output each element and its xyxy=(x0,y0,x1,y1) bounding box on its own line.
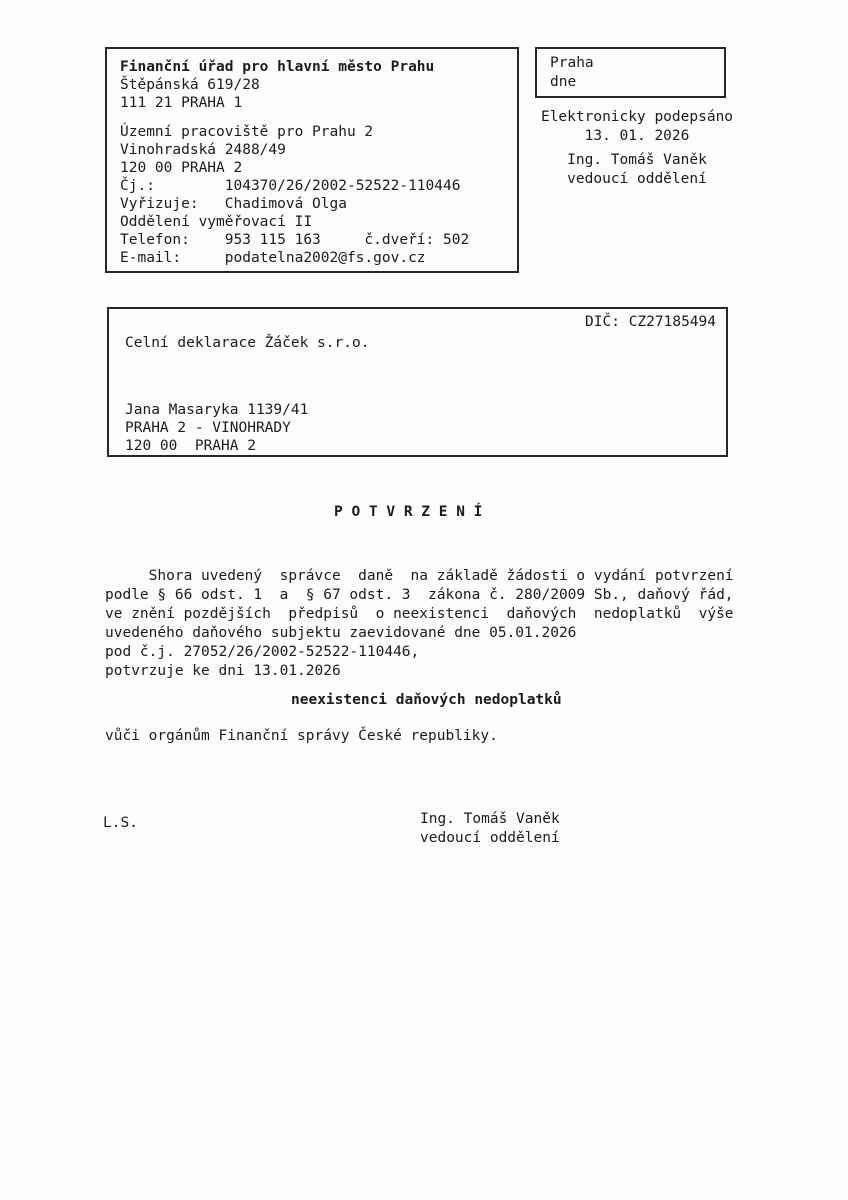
addressee-box: DIČ: CZ27185494 Celní deklarace Žáček s.… xyxy=(107,307,728,457)
footer-signer-name: Ing. Tomáš Vaněk xyxy=(420,810,560,829)
sender-org-name: Finanční úřad pro hlavní město Prahu xyxy=(120,58,517,76)
esign-signer-name: Ing. Tomáš Vaněk xyxy=(528,151,746,170)
electronic-signature-block: Elektronicky podepsáno 13. 01. 2026 Ing.… xyxy=(528,108,746,189)
sender-address-lines: Štěpánská 619/28 111 21 PRAHA 1 xyxy=(120,76,517,112)
footer-signer-role: vedoucí oddělení xyxy=(420,829,560,848)
footer-signature: Ing. Tomáš Vaněk vedoucí oddělení xyxy=(420,810,560,848)
addressee-company: Celní deklarace Žáček s.r.o. xyxy=(109,334,726,352)
esign-note: Elektronicky podepsáno xyxy=(528,108,746,127)
sender-box: Finanční úřad pro hlavní město Prahu Ště… xyxy=(105,47,519,273)
body-paragraph: Shora uvedený správce daně na základě žá… xyxy=(105,567,734,681)
sender-office-lines: Územní pracoviště pro Prahu 2 Vinohradsk… xyxy=(120,123,517,267)
place-date-box: Praha dne xyxy=(535,47,726,98)
document-title: P O T V R Z E N Í xyxy=(334,504,482,520)
esign-signer-role: vedoucí oddělení xyxy=(528,170,746,189)
esign-date: 13. 01. 2026 xyxy=(528,127,746,146)
addressee-address: Jana Masaryka 1139/41 PRAHA 2 - VINOHRAD… xyxy=(109,401,726,455)
document-page: Finanční úřad pro hlavní město Prahu Ště… xyxy=(0,0,848,1200)
place-date-lines: Praha dne xyxy=(550,54,724,92)
tax-id: DIČ: CZ27185494 xyxy=(109,309,726,331)
closing-line: vůči orgánům Finanční správy České repub… xyxy=(105,728,498,744)
emphasis-line: neexistenci daňových nedoplatků xyxy=(291,692,562,708)
seal-mark: L.S. xyxy=(103,815,138,831)
